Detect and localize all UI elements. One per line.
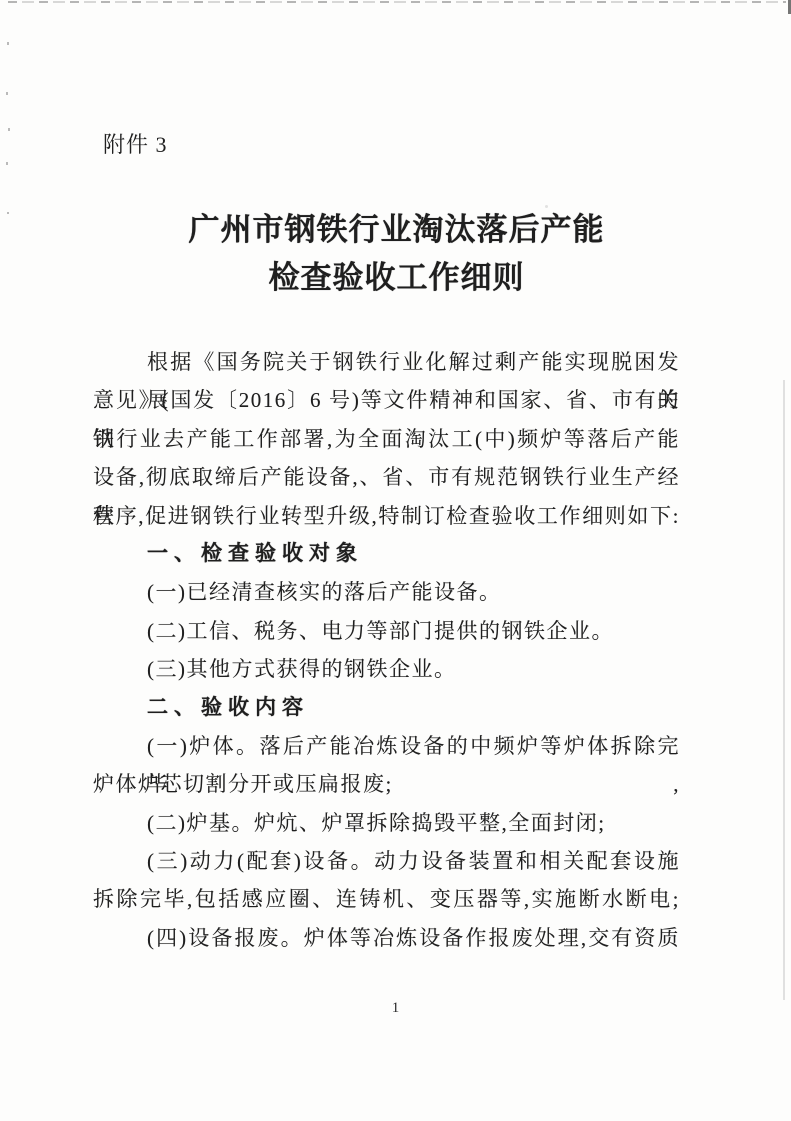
- body-line: (二)炉基。炉炕、炉罩拆除捣毁平整,全面封闭;: [93, 804, 680, 842]
- body-line: 意见》(国发〔2016〕6 号)等文件精神和国家、省、市有关钢: [93, 381, 680, 419]
- body-line: (二)工信、税务、电力等部门提供的钢铁企业。: [93, 612, 680, 650]
- body-line: (三)其他方式获得的钢铁企业。: [93, 650, 680, 688]
- scan-artifact-right-streak: [783, 380, 785, 1000]
- scan-artifact-top-edge: [8, 1, 786, 3]
- scanned-document-page: 附件 3 广州市钢铁行业淘汰落后产能 检查验收工作细则 根据《国务院关于钢铁行业…: [0, 0, 791, 1121]
- body-line: 秩序,促进钢铁行业转型升级,特制订检查验收工作细则如下:: [93, 497, 680, 535]
- body-line: 根据《国务院关于钢铁行业化解过剩产能实现脱困发展的: [93, 343, 680, 381]
- body-line: 一、检查验收对象: [93, 535, 680, 573]
- scan-speck: [7, 212, 9, 214]
- body-line: (三)动力(配套)设备。动力设备装置和相关配套设施: [93, 842, 680, 880]
- scan-speck: [6, 162, 8, 165]
- scan-speck: [6, 92, 8, 95]
- document-title: 广州市钢铁行业淘汰落后产能 检查验收工作细则: [103, 206, 690, 302]
- body-line: (一)已经清查核实的落后产能设备。: [93, 573, 680, 611]
- body-line: 铁行业去产能工作部署,为全面淘汰工(中)频炉等落后产能: [93, 420, 680, 458]
- body-line: 拆除完毕,包括感应圈、连铸机、变压器等,实施断水断电;: [93, 880, 680, 918]
- attachment-label: 附件 3: [103, 128, 168, 159]
- body-line: (四)设备报废。炉体等冶炼设备作报废处理,交有资质: [93, 919, 680, 957]
- body-line: (一)炉体。落后产能冶炼设备的中频炉等炉体拆除完毕,: [93, 727, 680, 765]
- page-number: 1: [0, 1000, 791, 1017]
- scan-speck: [7, 42, 9, 45]
- document-title-line-1: 广州市钢铁行业淘汰落后产能: [103, 206, 690, 254]
- body-line: 二、验收内容: [93, 689, 680, 727]
- document-title-line-2: 检查验收工作细则: [103, 254, 690, 302]
- body-line: 设备,彻底取缔后产能设备,、省、市有规范钢铁行业生产经营: [93, 458, 680, 496]
- document-body: 根据《国务院关于钢铁行业化解过剩产能实现脱困发展的意见》(国发〔2016〕6 号…: [93, 343, 680, 957]
- scan-speck: [8, 128, 10, 131]
